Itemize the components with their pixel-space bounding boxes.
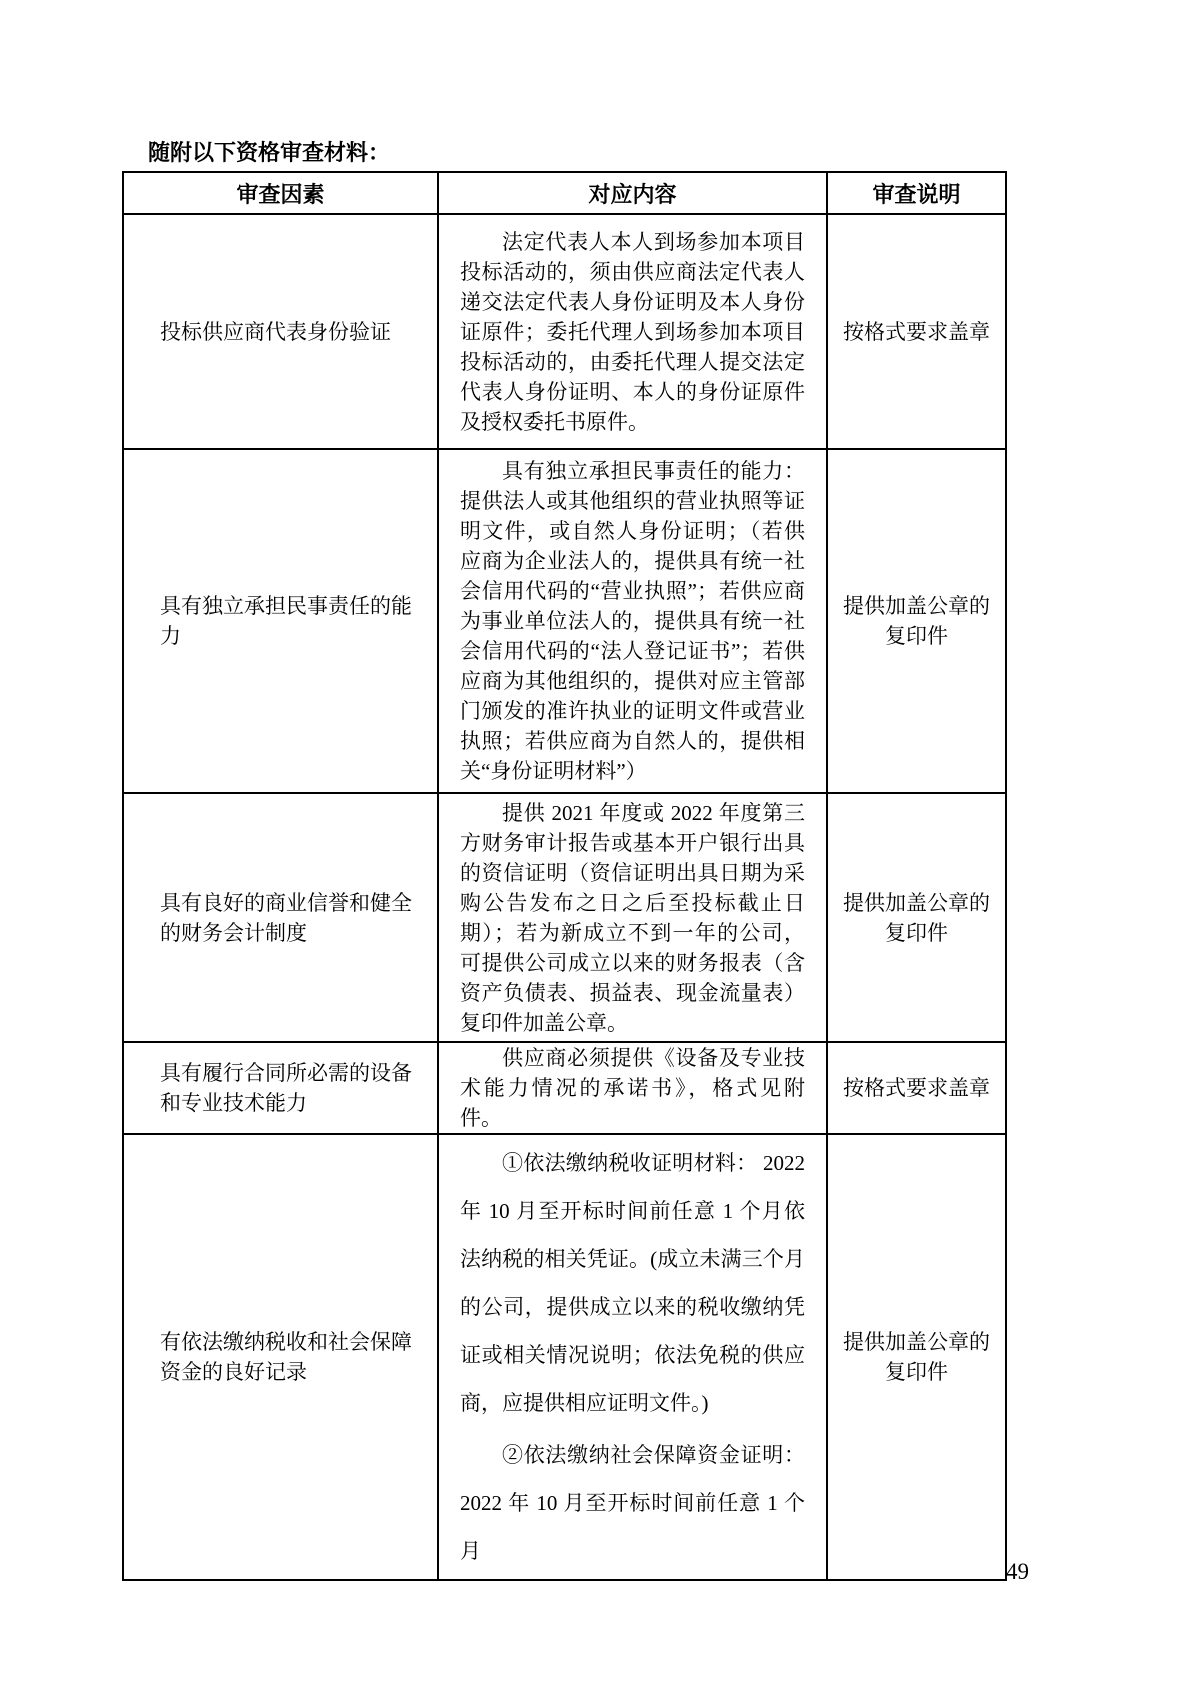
content-cell: 法定代表人本人到场参加本项目投标活动的，须由供应商法定代表人递交法定代表人身份证… bbox=[438, 214, 827, 449]
content-paragraph-social-security: ②依法缴纳社会保障资金证明：2022 年 10 月至开标时间前任意 1 个月 bbox=[460, 1431, 805, 1575]
content-paragraph: 提供 2021 年度或 2022 年度第三方财务审计报告或基本开户银行出具的资信… bbox=[460, 798, 805, 1038]
intro-text: 随附以下资格审查材料： bbox=[148, 139, 390, 167]
page-number: 49 bbox=[1006, 1558, 1029, 1586]
table-row: 具有独立承担民事责任的能力 具有独立承担民事责任的能力：提供法人或其他组织的营业… bbox=[123, 449, 1006, 793]
content-paragraph: 法定代表人本人到场参加本项目投标活动的，须由供应商法定代表人递交法定代表人身份证… bbox=[460, 227, 805, 437]
table-row: 有依法缴纳税收和社会保障资金的良好记录 ①依法缴纳税收证明材料： 2022 年 … bbox=[123, 1134, 1006, 1580]
content-cell: 提供 2021 年度或 2022 年度第三方财务审计报告或基本开户银行出具的资信… bbox=[438, 793, 827, 1042]
column-header-review-factor: 审查因素 bbox=[123, 172, 438, 214]
note-cell: 提供加盖公章的复印件 bbox=[827, 793, 1006, 1042]
column-header-review-note: 审查说明 bbox=[827, 172, 1006, 214]
table-row: 投标供应商代表身份验证 法定代表人本人到场参加本项目投标活动的，须由供应商法定代… bbox=[123, 214, 1006, 449]
factor-cell: 有依法缴纳税收和社会保障资金的良好记录 bbox=[123, 1134, 438, 1580]
content-cell: 具有独立承担民事责任的能力：提供法人或其他组织的营业执照等证明文件，或自然人身份… bbox=[438, 449, 827, 793]
table-header-row: 审查因素 对应内容 审查说明 bbox=[123, 172, 1006, 214]
content-paragraph: 具有独立承担民事责任的能力：提供法人或其他组织的营业执照等证明文件，或自然人身份… bbox=[460, 456, 805, 786]
content-paragraph-tax: ①依法缴纳税收证明材料： 2022 年 10 月至开标时间前任意 1 个月依法纳… bbox=[460, 1139, 805, 1427]
factor-cell: 具有良好的商业信誉和健全的财务会计制度 bbox=[123, 793, 438, 1042]
content-cell: ①依法缴纳税收证明材料： 2022 年 10 月至开标时间前任意 1 个月依法纳… bbox=[438, 1134, 827, 1580]
table-row: 具有良好的商业信誉和健全的财务会计制度 提供 2021 年度或 2022 年度第… bbox=[123, 793, 1006, 1042]
note-cell: 提供加盖公章的复印件 bbox=[827, 449, 1006, 793]
factor-cell: 投标供应商代表身份验证 bbox=[123, 214, 438, 449]
factor-cell: 具有独立承担民事责任的能力 bbox=[123, 449, 438, 793]
table-row: 具有履行合同所必需的设备和专业技术能力 供应商必须提供《设备及专业技术能力情况的… bbox=[123, 1042, 1006, 1134]
note-cell: 提供加盖公章的复印件 bbox=[827, 1134, 1006, 1580]
content-paragraph: 供应商必须提供《设备及专业技术能力情况的承诺书》，格式见附件。 bbox=[460, 1043, 805, 1133]
qualification-review-table: 审查因素 对应内容 审查说明 投标供应商代表身份验证 法定代表人本人到场参加本项… bbox=[122, 171, 1007, 1581]
note-cell: 按格式要求盖章 bbox=[827, 214, 1006, 449]
document-page: 随附以下资格审查材料： 审查因素 对应内容 审查说明 投标供应商代表身份验证 法… bbox=[0, 0, 1190, 1682]
factor-cell: 具有履行合同所必需的设备和专业技术能力 bbox=[123, 1042, 438, 1134]
note-cell: 按格式要求盖章 bbox=[827, 1042, 1006, 1134]
content-cell: 供应商必须提供《设备及专业技术能力情况的承诺书》，格式见附件。 bbox=[438, 1042, 827, 1134]
column-header-corresponding-content: 对应内容 bbox=[438, 172, 827, 214]
